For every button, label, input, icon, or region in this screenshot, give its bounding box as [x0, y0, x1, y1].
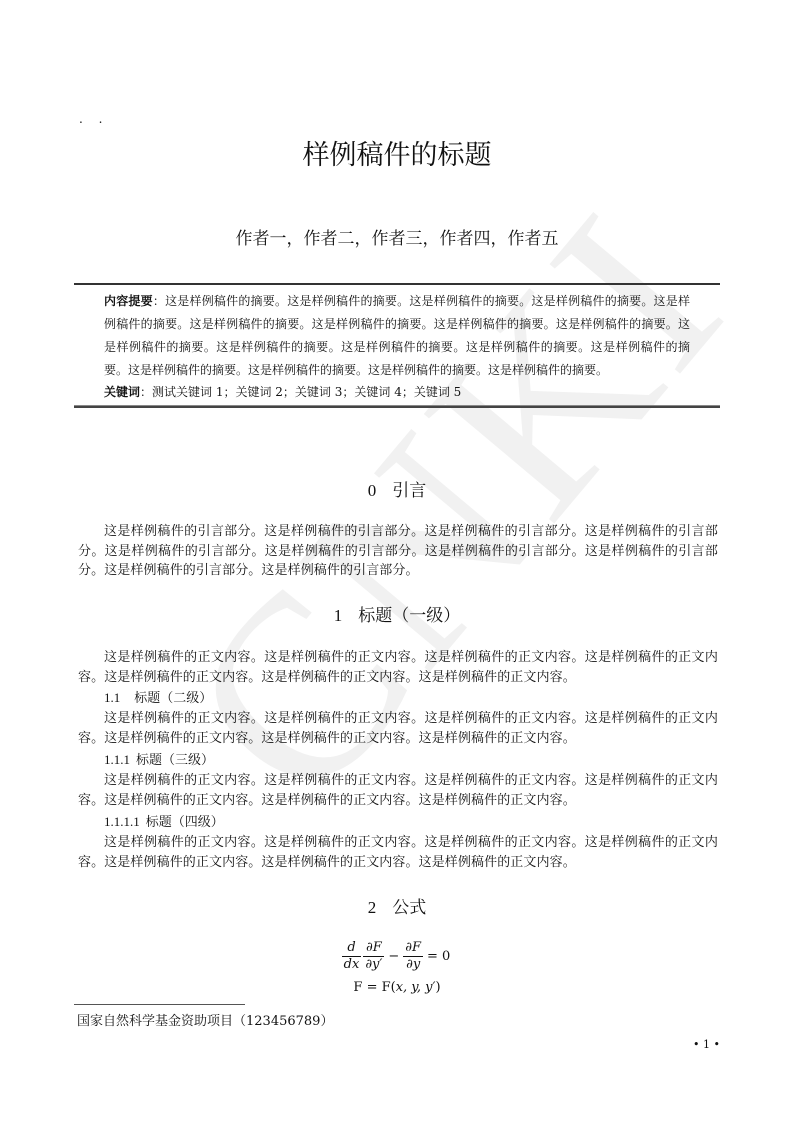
keywords-line: 关键词：测试关键词 1；关键词 2；关键词 3；关键词 4；关键词 5 — [104, 382, 690, 402]
keywords-text: 测试关键词 1；关键词 2；关键词 3；关键词 4；关键词 5 — [152, 385, 461, 399]
section-heading-intro: 0引言 — [0, 479, 794, 503]
funding-footnote: 国家自然科学基金资助项目（123456789） — [77, 1013, 333, 1031]
section-number: 2 — [368, 898, 377, 917]
paper-title: 样例稿件的标题 — [0, 138, 794, 174]
functional-definition: F = F(x, y, y′) — [0, 979, 794, 997]
abstract-text: 这是样例稿件的摘要。这是样例稿件的摘要。这是样例稿件的摘要。这是样例稿件的摘要。… — [104, 294, 690, 377]
subsection-title: 标题（三级） — [136, 753, 214, 768]
abstract-label: 内容提要 — [104, 294, 153, 308]
fraction-dF-dyprime: ∂F∂y′ — [363, 940, 384, 973]
section-title: 引言 — [392, 481, 426, 501]
body-paragraph: 这是样例稿件的正文内容。这是样例稿件的正文内容。这是样例稿件的正文内容。这是样例… — [78, 648, 718, 687]
page-number: • 1 • — [693, 1038, 720, 1052]
section-number: 1 — [334, 606, 343, 625]
subsection-number: 1.1.1.1 — [104, 814, 140, 829]
intro-paragraph: 这是样例稿件的引言部分。这是样例稿件的引言部分。这是样例稿件的引言部分。这是样例… — [78, 522, 718, 581]
keywords-colon: ： — [140, 385, 152, 399]
abstract-top-rule — [74, 283, 720, 285]
subsection-heading-level3: 1.1.1标题（三级） — [104, 750, 214, 770]
subsection-heading-level4: 1.1.1.1标题（四级） — [104, 812, 224, 832]
fraction-dF-dy: ∂F∂y — [403, 940, 423, 973]
subsection-number: 1.1 — [104, 690, 120, 705]
abstract-paragraph: 内容提要：这是样例稿件的摘要。这是样例稿件的摘要。这是样例稿件的摘要。这是样例稿… — [104, 290, 690, 382]
abstract-block: 内容提要：这是样例稿件的摘要。这是样例稿件的摘要。这是样例稿件的摘要。这是样例稿… — [74, 283, 720, 408]
fraction-d-dx: ddx — [342, 940, 362, 973]
section-title: 公式 — [392, 898, 426, 918]
abstract-bottom-rule — [74, 405, 720, 408]
subsection-title: 标题（二级） — [134, 691, 212, 706]
keywords-label: 关键词 — [104, 385, 140, 399]
equals-zero: = 0 — [427, 949, 450, 964]
body-paragraph: 这是样例稿件的正文内容。这是样例稿件的正文内容。这是样例稿件的正文内容。这是样例… — [78, 771, 718, 810]
subsection-heading-level2: 1.1标题（二级） — [104, 688, 212, 708]
subsection-number: 1.1.1 — [104, 752, 130, 767]
subsection-title: 标题（四级） — [146, 815, 224, 830]
body-paragraph: 这是样例稿件的正文内容。这是样例稿件的正文内容。这是样例稿件的正文内容。这是样例… — [78, 709, 718, 748]
section-heading-level1: 1标题（一级） — [0, 604, 794, 628]
document-page: CNKI . . 样例稿件的标题 作者一，作者二，作者三，作者四，作者五 内容提… — [0, 0, 794, 1123]
euler-lagrange-equation: ddx∂F∂y′−∂F∂y= 0 — [0, 940, 794, 973]
minus-sign: − — [388, 949, 399, 964]
abstract-colon: ： — [153, 294, 165, 308]
footnote-separator — [74, 1004, 245, 1005]
section-title: 标题（一级） — [358, 606, 460, 626]
section-heading-formula: 2公式 — [0, 896, 794, 920]
header-dots: . . — [79, 113, 108, 125]
section-number: 0 — [368, 481, 377, 500]
author-list: 作者一，作者二，作者三，作者四，作者五 — [0, 226, 794, 252]
body-paragraph: 这是样例稿件的正文内容。这是样例稿件的正文内容。这是样例稿件的正文内容。这是样例… — [78, 833, 718, 872]
